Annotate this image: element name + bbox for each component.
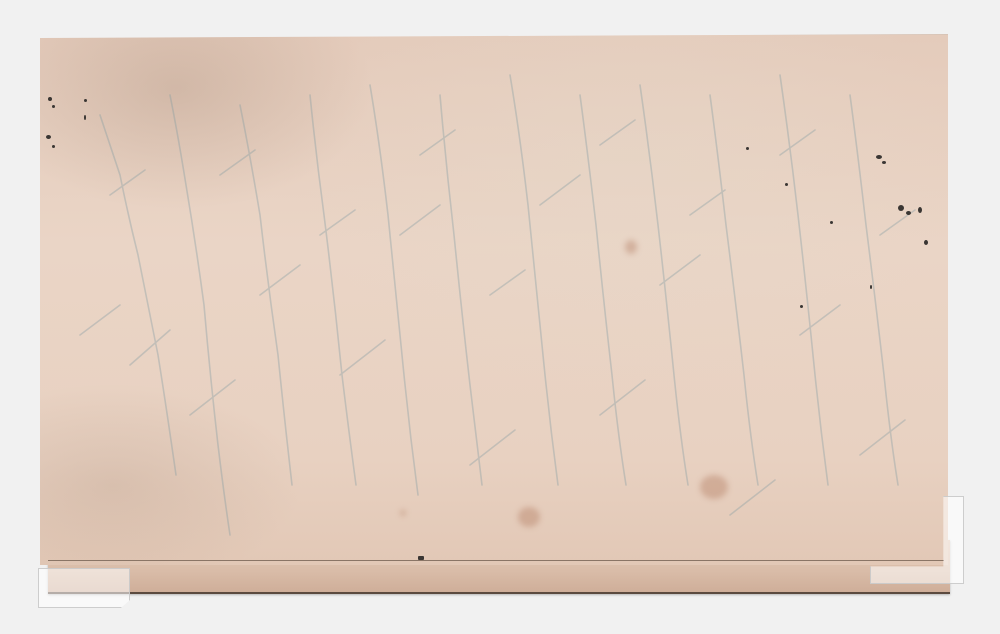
foxing-stain <box>625 240 637 254</box>
torn-notch <box>418 556 424 560</box>
fold-edge-line <box>48 560 944 561</box>
mounting-hinge-left <box>38 568 130 608</box>
foxing-stain <box>700 475 728 499</box>
letter-sheet <box>40 34 948 565</box>
bleed-through-handwriting <box>40 35 948 565</box>
foxing-stain <box>400 510 406 516</box>
foxing-stain <box>518 507 540 527</box>
